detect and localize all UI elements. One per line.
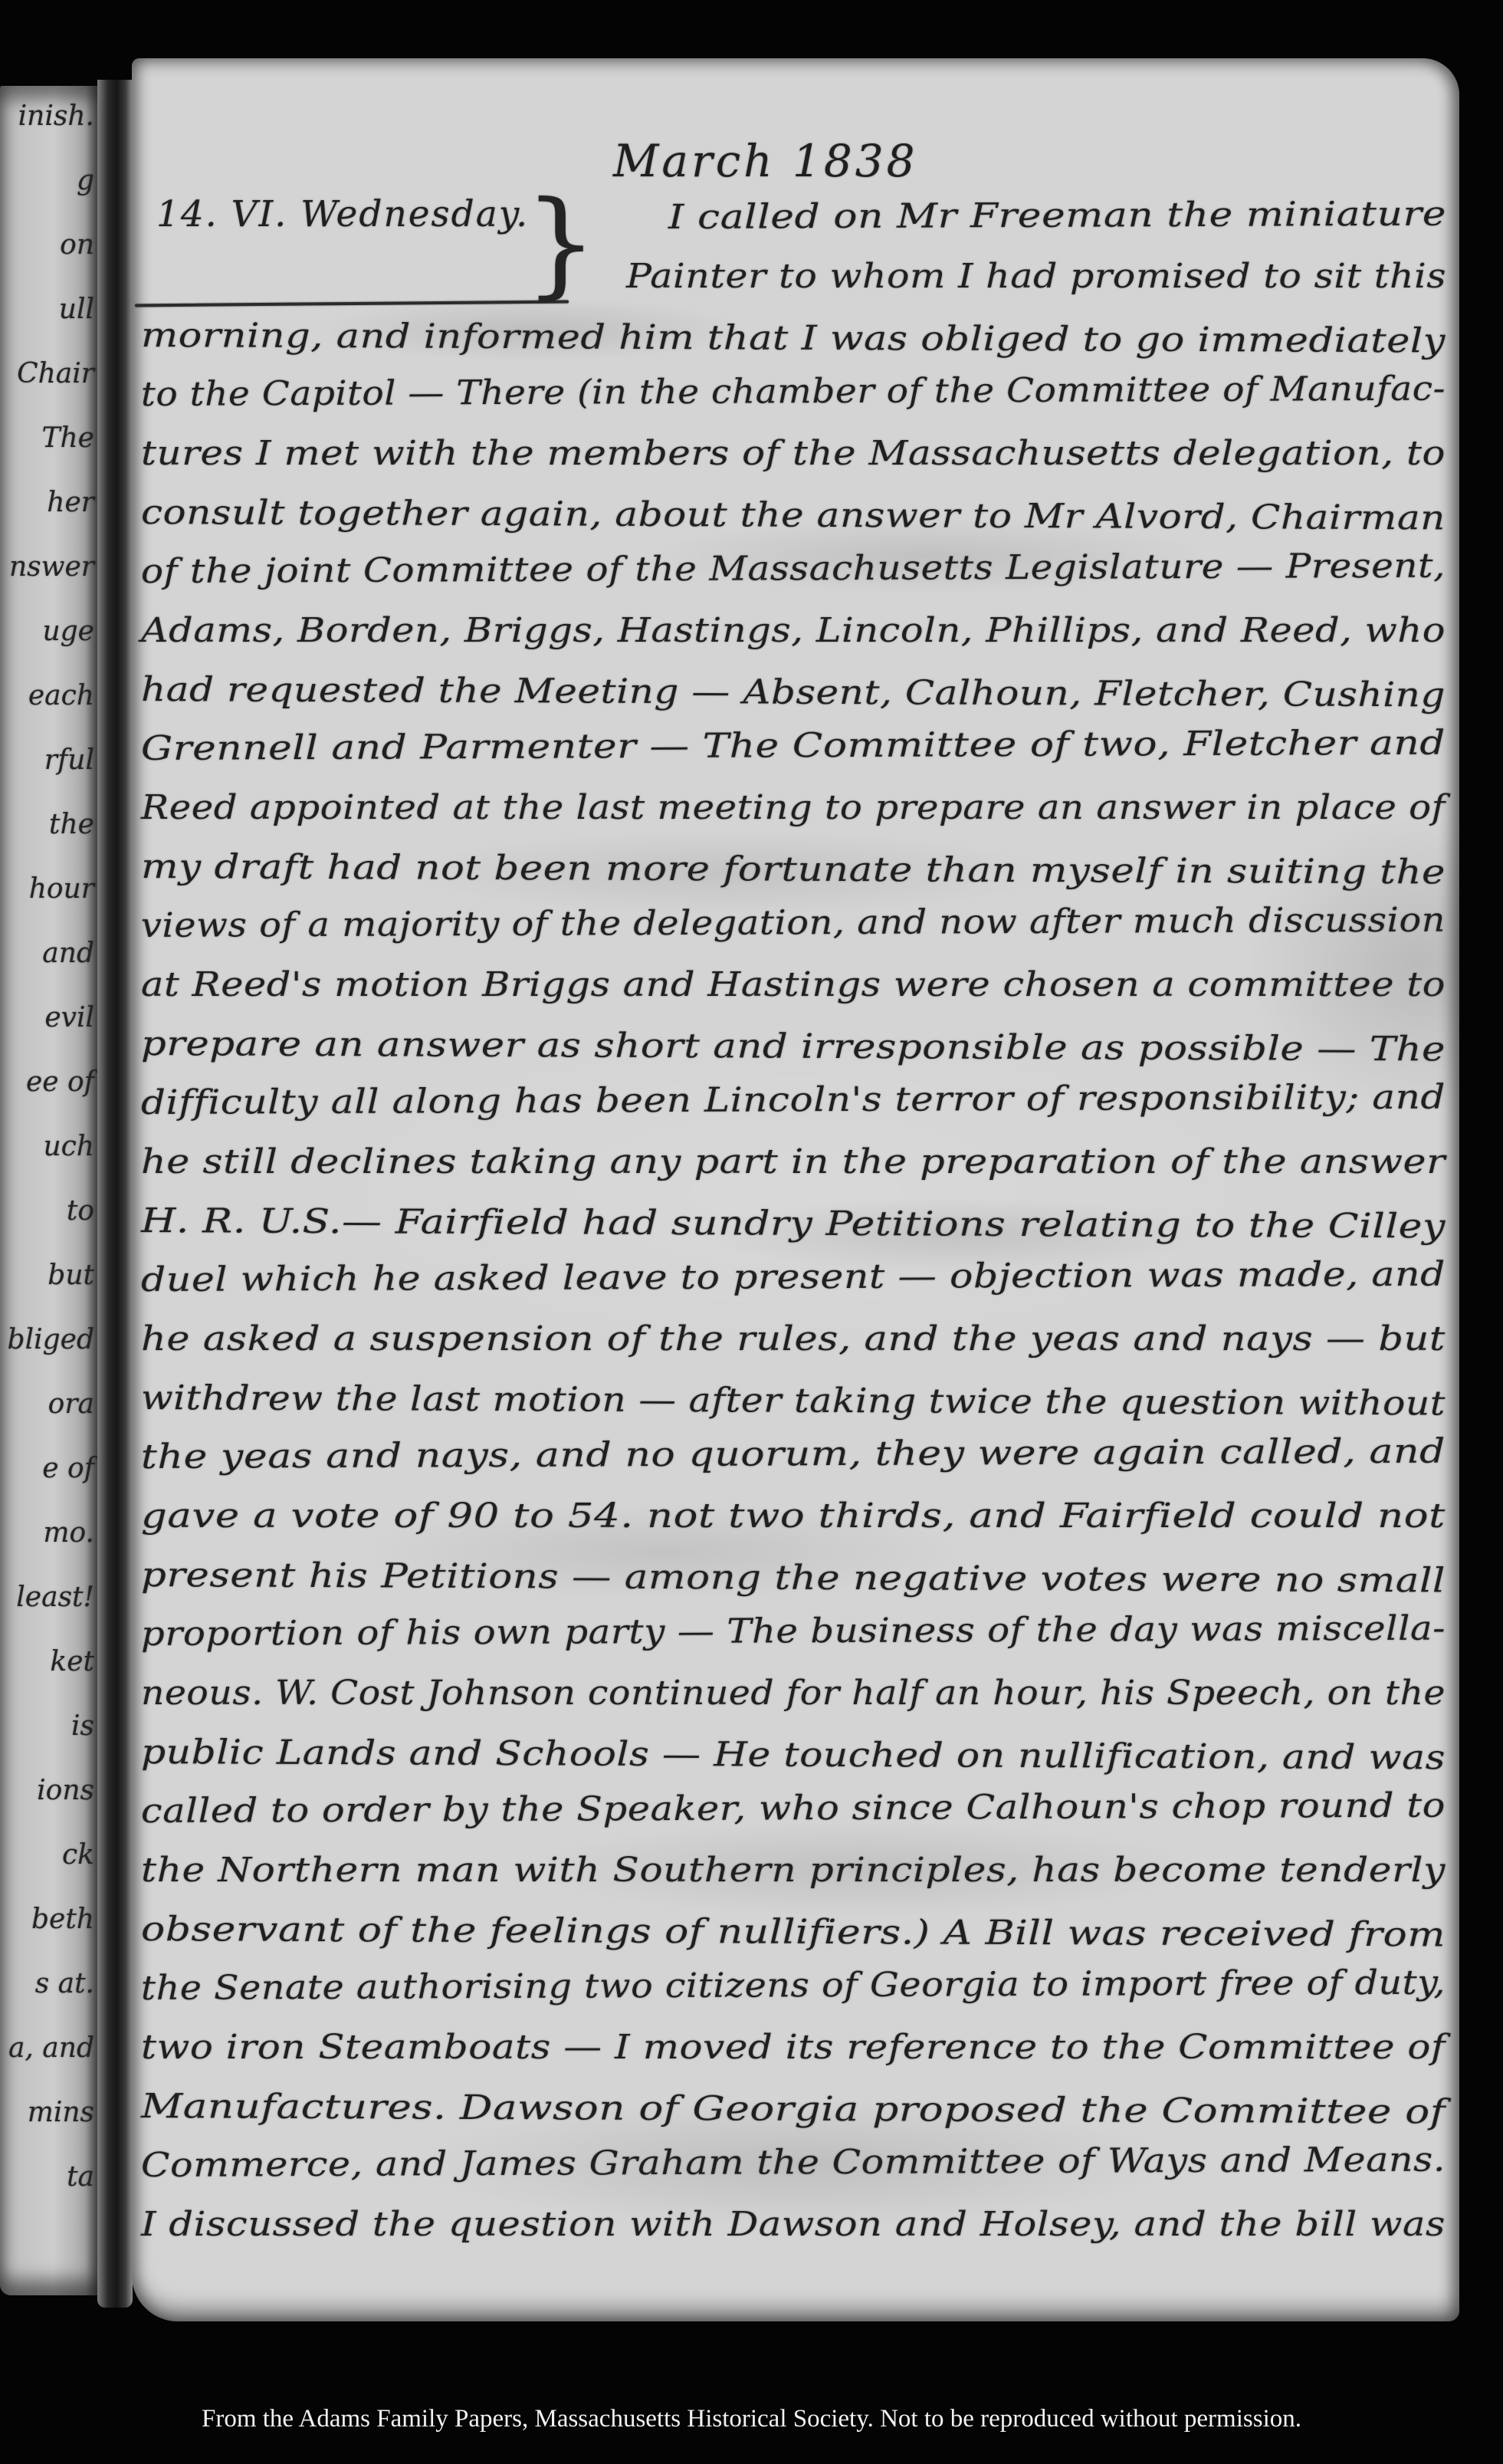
manuscript-line: had requested the Meeting — Absent, Calh… xyxy=(141,673,1446,712)
manuscript-line: the Senate authorising two citizens of G… xyxy=(141,1966,1446,2006)
manuscript-line: he still declines taking any part in the… xyxy=(141,1145,1446,1179)
heading-underline xyxy=(135,301,569,307)
previous-page-fragment: but xyxy=(48,1262,94,1289)
entry-date-heading: 14. VI. Wednesday. xyxy=(156,193,529,235)
manuscript-line: withdrew the last motion — after taking … xyxy=(141,1381,1446,1421)
manuscript-line: proportion of his own party — The busine… xyxy=(141,1612,1446,1651)
previous-page-fragment: rful xyxy=(44,747,94,774)
manuscript-line: I discussed the question with Dawson and… xyxy=(141,2208,1446,2242)
manuscript-line: difficulty all along has been Lincoln's … xyxy=(141,1081,1446,1120)
manuscript-line: neous. W. Cost Johnson continued for hal… xyxy=(141,1677,1446,1710)
manuscript-line: public Lands and Schools — He touched on… xyxy=(141,1736,1446,1775)
manuscript-line: present his Petitions — among the negati… xyxy=(141,1559,1446,1598)
manuscript-line: H. R. U.S.— Fairfield had sundry Petitio… xyxy=(141,1204,1446,1243)
attribution-caption: From the Adams Family Papers, Massachuse… xyxy=(0,2405,1503,2433)
manuscript-page: March 1838 14. VI. Wednesday. } I called… xyxy=(132,58,1459,2321)
previous-page-fragment: ull xyxy=(59,296,94,324)
previous-page-fragment: ions xyxy=(37,1777,94,1805)
previous-page-fragment: uge xyxy=(42,618,94,646)
manuscript-line: the yeas and nays, and no quorum, they w… xyxy=(141,1435,1446,1474)
manuscript-line: of the joint Committee of the Massachuse… xyxy=(141,550,1446,589)
previous-page-fragment: mins xyxy=(28,2099,94,2127)
previous-page-fragment: mo. xyxy=(43,1519,94,1547)
manuscript-line: my draft had not been more fortunate tha… xyxy=(141,850,1446,889)
manuscript-line: Grennell and Parmenter — The Committee o… xyxy=(141,727,1446,766)
manuscript-line: views of a majority of the delegation, a… xyxy=(141,904,1446,943)
manuscript-line: Commerce, and James Graham the Committee… xyxy=(141,2144,1446,2183)
previous-page-fragment: is xyxy=(71,1713,94,1740)
previous-page-fragment: on xyxy=(60,232,94,259)
manuscript-line: at Reed's motion Briggs and Hastings wer… xyxy=(141,968,1446,1002)
manuscript-line: to the Capitol — There (in the chamber o… xyxy=(141,373,1446,412)
manuscript-line: two iron Steamboats — I moved its refere… xyxy=(141,2031,1446,2065)
previous-page-fragment: bliged xyxy=(8,1326,94,1354)
book-gutter xyxy=(97,80,133,2308)
previous-page-fragment: least! xyxy=(16,1584,94,1611)
manuscript-line: prepare an answer as short and irrespons… xyxy=(141,1027,1446,1066)
previous-page-fragment: her xyxy=(47,489,94,517)
previous-page-fragment: inish. xyxy=(18,103,94,130)
previous-page-fragment: ket xyxy=(50,1648,94,1676)
manuscript-line: Adams, Borden, Briggs, Hastings, Lincoln… xyxy=(141,614,1446,648)
previous-page-fragment: each xyxy=(28,682,94,710)
previous-page-fragment: a, and xyxy=(8,2035,94,2062)
previous-page-fragment: nswer xyxy=(9,554,94,581)
previous-page-fragment: s at. xyxy=(35,1970,94,1998)
previous-page-fragment: g xyxy=(77,167,94,195)
previous-page-fragment: uch xyxy=(43,1133,94,1161)
manuscript-line: Manufactures. Dawson of Georgia proposed… xyxy=(141,2090,1446,2129)
manuscript-line: the Northern man with Southern principle… xyxy=(141,1854,1446,1887)
previous-page-fragment: ta xyxy=(67,2163,94,2191)
previous-page-fragment: ck xyxy=(62,1841,94,1869)
previous-page-fragment: Chair xyxy=(17,360,94,388)
manuscript-line: duel which he asked leave to present — o… xyxy=(141,1258,1446,1297)
previous-page-fragment: evil xyxy=(44,1004,94,1032)
manuscript-line: morning, and informed him that I was obl… xyxy=(141,319,1446,358)
previous-page-fragment: ee of xyxy=(26,1069,94,1096)
manuscript-line: Painter to whom I had promised to sit th… xyxy=(626,260,1446,294)
previous-page-fragment: the xyxy=(49,811,94,839)
entry-month-year: March 1838 xyxy=(613,135,918,187)
entry-brace-glyph: } xyxy=(524,182,597,305)
manuscript-line: gave a vote of 90 to 54. not two thirds,… xyxy=(141,1500,1446,1533)
previous-page-fragment: ora xyxy=(48,1391,94,1418)
previous-page-fragment: The xyxy=(41,425,94,452)
manuscript-line: Reed appointed at the last meeting to pr… xyxy=(141,791,1446,825)
previous-page-fragment: hour xyxy=(29,876,94,903)
manuscript-line: tures I met with the members of the Mass… xyxy=(141,437,1446,471)
manuscript-line: observant of the feelings of nullifiers.… xyxy=(141,1913,1446,1952)
manuscript-line: he asked a suspension of the rules, and … xyxy=(141,1322,1446,1356)
previous-page-fragment: e of xyxy=(42,1455,94,1483)
manuscript-line: I called on Mr Freeman the miniature xyxy=(668,198,1446,235)
manuscript-line: consult together again, about the answer… xyxy=(141,496,1446,535)
previous-page-fragment: and xyxy=(42,940,94,968)
previous-page-edge: inish.gonullChairThehernswerugeeachrfult… xyxy=(0,86,97,2295)
previous-page-fragment: beth xyxy=(31,1906,94,1933)
previous-page-fragment: to xyxy=(67,1198,94,1225)
manuscript-line: called to order by the Speaker, who sinc… xyxy=(141,1789,1446,1828)
